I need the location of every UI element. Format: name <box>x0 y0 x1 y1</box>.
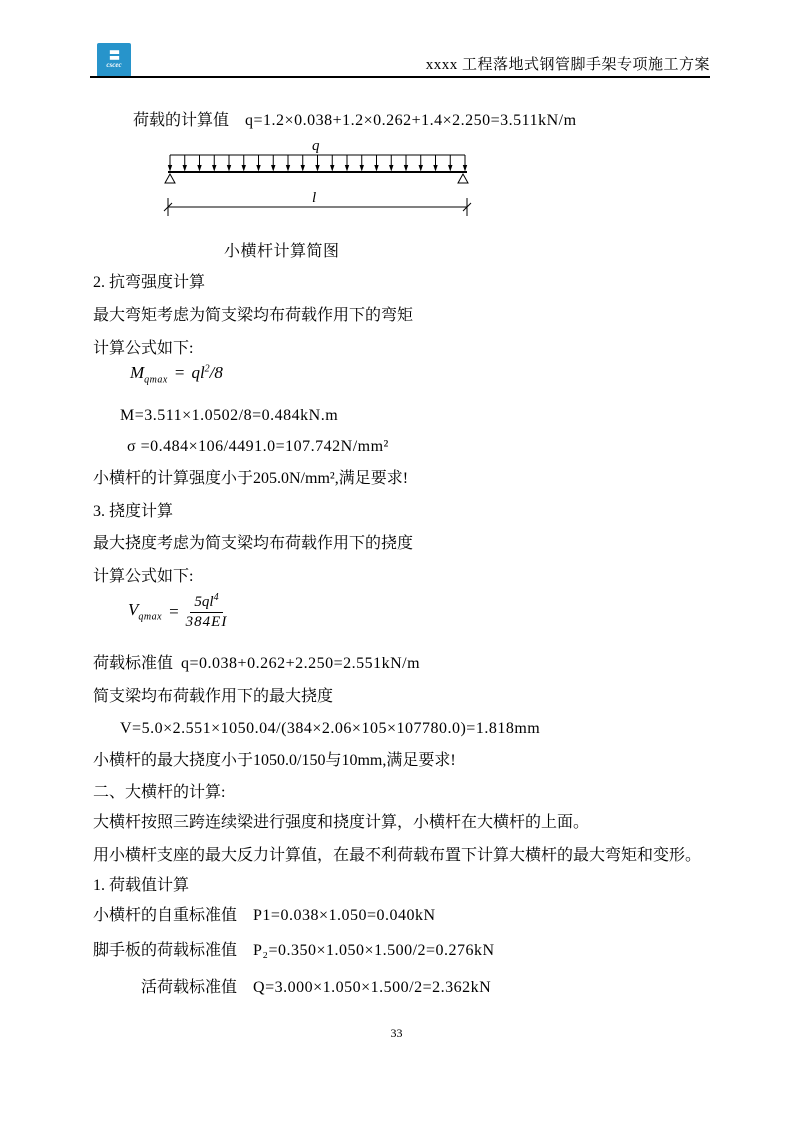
formula-v-fraction: 5ql4 384EI <box>186 592 228 631</box>
formula-m-var: M <box>130 363 144 382</box>
plank-load-value: P₂=0.350×1.050×1.500/2=0.276kN <box>253 940 495 961</box>
moment-calc-line: M=3.511×1.0502/8=0.484kN.m <box>120 405 338 426</box>
document-page: 〓 cscec xxxx 工程落地式钢管脚手架专项施工方案 荷载的计算值 q=1… <box>0 0 793 1122</box>
standard-load-value: q=0.038+0.262+2.250=2.551kN/m <box>181 653 420 674</box>
formula-v-num-sup: 4 <box>214 592 219 603</box>
plank-load-label: 脚手板的荷载标准值 <box>93 940 237 961</box>
formula-m-eq: = <box>175 363 185 382</box>
cscec-logo-icon: 〓 cscec <box>97 43 131 77</box>
sigma-calc-line: σ =0.484×106/4491.0=107.742N/mm² <box>127 436 389 457</box>
diagram-caption: 小横杆计算简图 <box>224 238 340 261</box>
bending-heading: 2. 抗弯强度计算 <box>93 272 205 293</box>
span-label: l <box>312 190 316 206</box>
right-support-icon <box>458 174 468 183</box>
formula-v-sub: qmax <box>138 612 162 623</box>
formula-m-base: ql <box>191 363 204 382</box>
ledger-subheading: 1. 荷载值计算 <box>93 875 189 896</box>
design-load-value: q=1.2×0.038+1.2×0.262+1.4×2.250=3.511kN/… <box>245 110 577 131</box>
load-arrows <box>168 155 467 172</box>
bending-line2: 计算公式如下: <box>93 338 193 359</box>
deflection-calc-line: V=5.0×2.551×1050.04/(384×2.06×105×107780… <box>120 718 540 739</box>
load-label: q <box>312 138 320 154</box>
live-load-label: 活荷载标准值 <box>141 977 237 998</box>
standard-load-line: 荷载标准值 q=0.038+0.262+2.250=2.551kN/m <box>93 653 420 674</box>
ledger-line2: 用小横杆支座的最大反力计算值，在最不利荷载布置下计算大横杆的最大弯矩和变形。 <box>93 845 701 866</box>
live-load-value: Q=3.000×1.050×1.500/2=2.362kN <box>253 977 491 998</box>
left-support-icon <box>165 174 175 183</box>
standard-load-label: 荷载标准值 <box>93 653 173 674</box>
formula-v-num: 5ql <box>194 594 213 610</box>
ledger-line1: 大横杆按照三跨连续梁进行强度和挠度计算，小横杆在大横杆的上面。 <box>93 812 589 833</box>
logo-word: cscec <box>106 61 121 69</box>
dead-load-label: 小横杆的自重标准值 <box>93 905 237 926</box>
page-number: 33 <box>0 1026 793 1041</box>
plank-load-line: 脚手板的荷载标准值 P₂=0.350×1.050×1.500/2=0.276kN <box>93 940 495 961</box>
dead-load-line: 小横杆的自重标准值 P1=0.038×1.050=0.040kN <box>93 905 436 926</box>
formula-v-var: V <box>128 600 138 619</box>
deflection-line3: 简支梁均布荷载作用下的最大挠度 <box>93 686 333 707</box>
design-load-label: 荷载的计算值 <box>133 110 229 131</box>
bending-conclusion: 小横杆的计算强度小于205.0N/mm²,满足要求! <box>93 468 408 489</box>
formula-m-sub: qmax <box>144 374 168 385</box>
ledger-heading: 二、大横杆的计算: <box>93 782 225 803</box>
formula-m-tail: /8 <box>210 363 223 382</box>
bending-line1: 最大弯矩考虑为简支梁均布荷载作用下的弯矩 <box>93 305 413 326</box>
logo-emblem-icon: 〓 <box>109 52 119 61</box>
design-load-line: 荷载的计算值 q=1.2×0.038+1.2×0.262+1.4×2.250=3… <box>133 110 577 131</box>
formula-v-eq: = <box>169 602 179 622</box>
formula-v-den: 384EI <box>186 613 228 631</box>
header-title: xxxx 工程落地式钢管脚手架专项施工方案 <box>426 53 710 74</box>
live-load-line: 活荷载标准值 Q=3.000×1.050×1.500/2=2.362kN <box>141 977 491 998</box>
beam-diagram-svg: q l <box>160 136 480 231</box>
deflection-formula: Vqmax = 5ql4 384EI <box>128 592 227 631</box>
deflection-conclusion: 小横杆的最大挠度小于1050.0/150与10mm,满足要求! <box>93 750 456 771</box>
deflection-line1: 最大挠度考虑为简支梁均布荷载作用下的挠度 <box>93 533 413 554</box>
deflection-heading: 3. 挠度计算 <box>93 501 173 522</box>
deflection-line2: 计算公式如下: <box>93 566 193 587</box>
bending-moment-formula: Mqmax=ql2/8 <box>130 363 223 385</box>
header-rule <box>90 76 710 78</box>
dead-load-value: P1=0.038×1.050=0.040kN <box>253 905 436 926</box>
